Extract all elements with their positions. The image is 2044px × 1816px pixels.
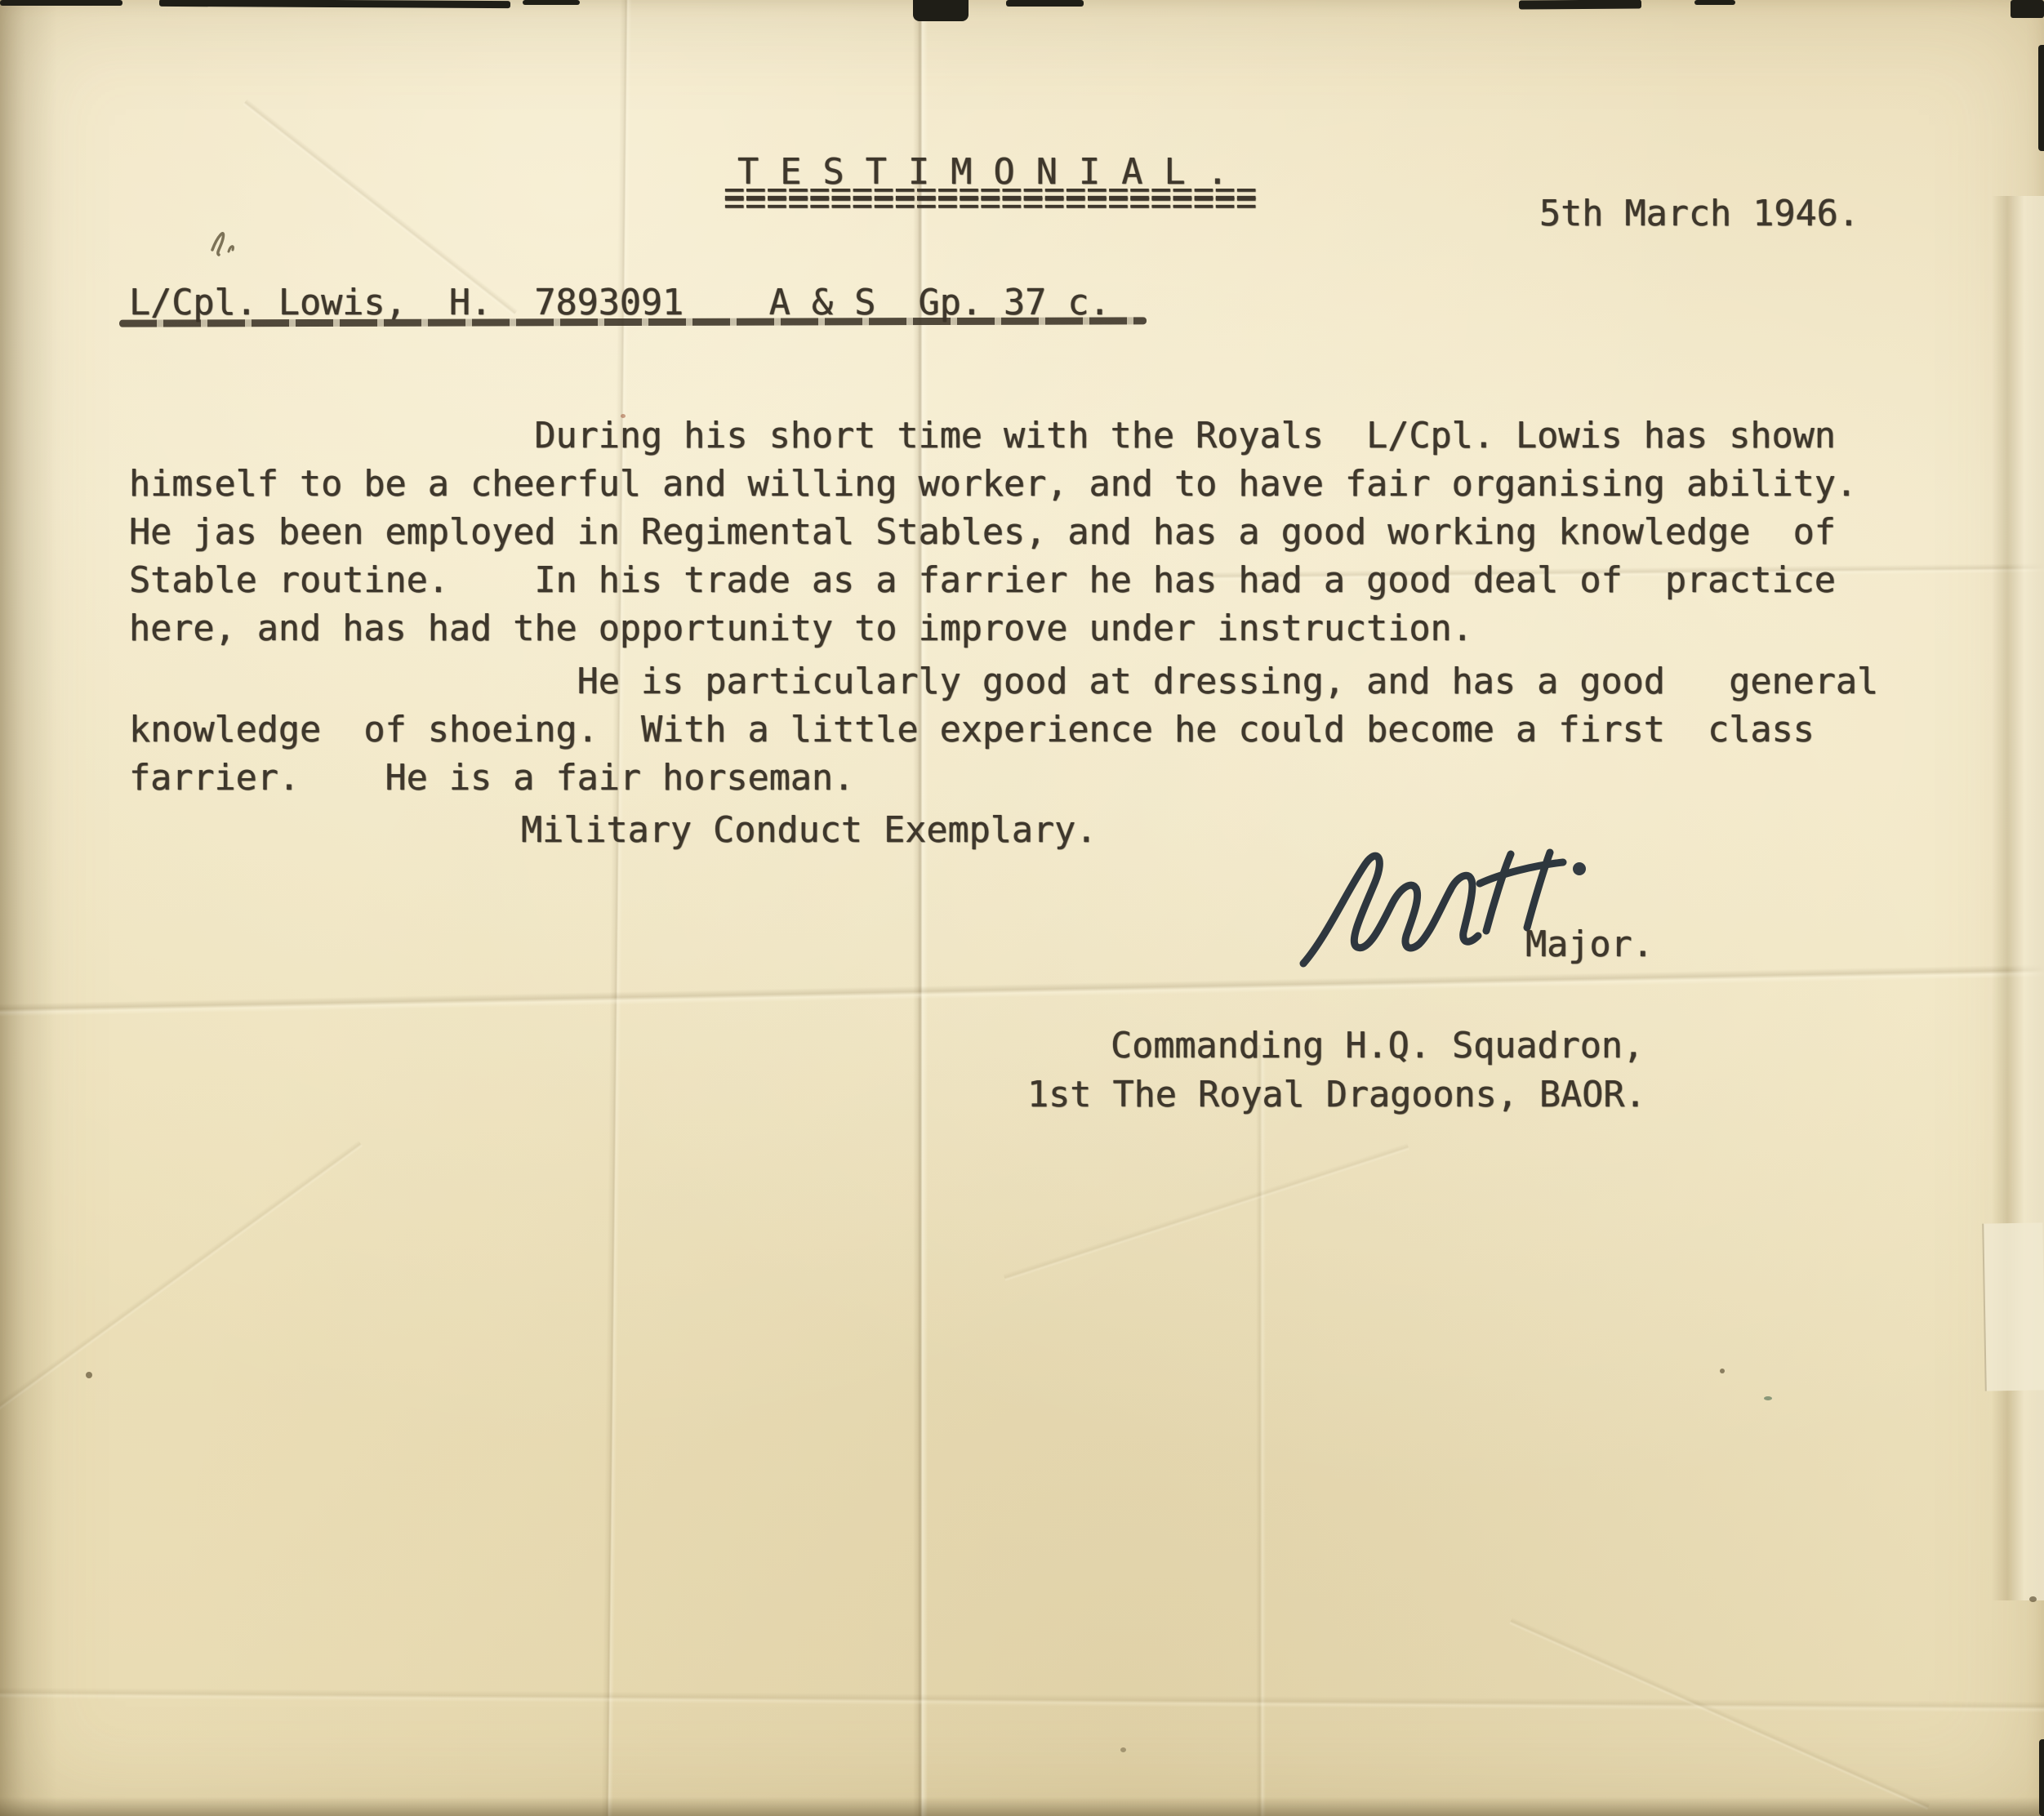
signature-rank: Major. — [1525, 921, 1654, 969]
closing-line-2: 1st The Royal Dragoons, BAOR. — [1027, 1071, 1646, 1119]
paper-speck — [1720, 1369, 1725, 1373]
ink-dot — [1573, 862, 1586, 875]
torn-edge-mark — [913, 0, 969, 21]
paper-sheet — [0, 0, 2044, 1816]
torn-edge-mark — [2038, 45, 2044, 151]
scanned-letter: T E S T I M O N I A L . ================… — [0, 0, 2044, 1816]
torn-edge-mark — [2011, 0, 2044, 18]
paragraph-1: During his short time with the Royals L/… — [129, 412, 1857, 653]
paper-speck — [1764, 1396, 1772, 1400]
torn-edge-mark — [1519, 0, 1641, 10]
para1-line: here, and has had the opportunity to imp… — [129, 605, 1857, 653]
para2-line: farrier. He is a fair horseman. — [129, 754, 1878, 803]
torn-edge-mark — [1694, 0, 1735, 5]
conduct-line: Military Conduct Exemplary. — [521, 807, 1097, 855]
para1-line: During his short time with the Royals L/… — [129, 412, 1857, 461]
paper-speck — [2029, 1596, 2037, 1602]
torn-edge-mark — [2039, 1739, 2044, 1816]
para1-line: He jas been employed in Regimental Stabl… — [129, 509, 1857, 557]
para2-line: knowledge of shoeing. With a little expe… — [129, 706, 1878, 754]
title-underline: ========================= — [724, 185, 1257, 220]
paragraph-2: He is particularly good at dressing, and… — [129, 658, 1878, 803]
para2-line: He is particularly good at dressing, and… — [129, 658, 1878, 706]
paper-speck — [86, 1372, 92, 1378]
paper-speck — [1120, 1747, 1126, 1752]
letter-date: 5th March 1946. — [1539, 190, 1859, 238]
torn-edge-mark — [0, 0, 122, 6]
torn-edge-mark — [1006, 0, 1084, 7]
torn-edge-mark — [523, 0, 580, 5]
para1-line: Stable routine. In his trade as a farrie… — [129, 557, 1857, 605]
para1-line: himself to be a cheerful and willing wor… — [129, 461, 1857, 509]
closing-line-1: Commanding H.Q. Squadron, — [1111, 1022, 1644, 1070]
pencil-mark — [194, 214, 252, 271]
